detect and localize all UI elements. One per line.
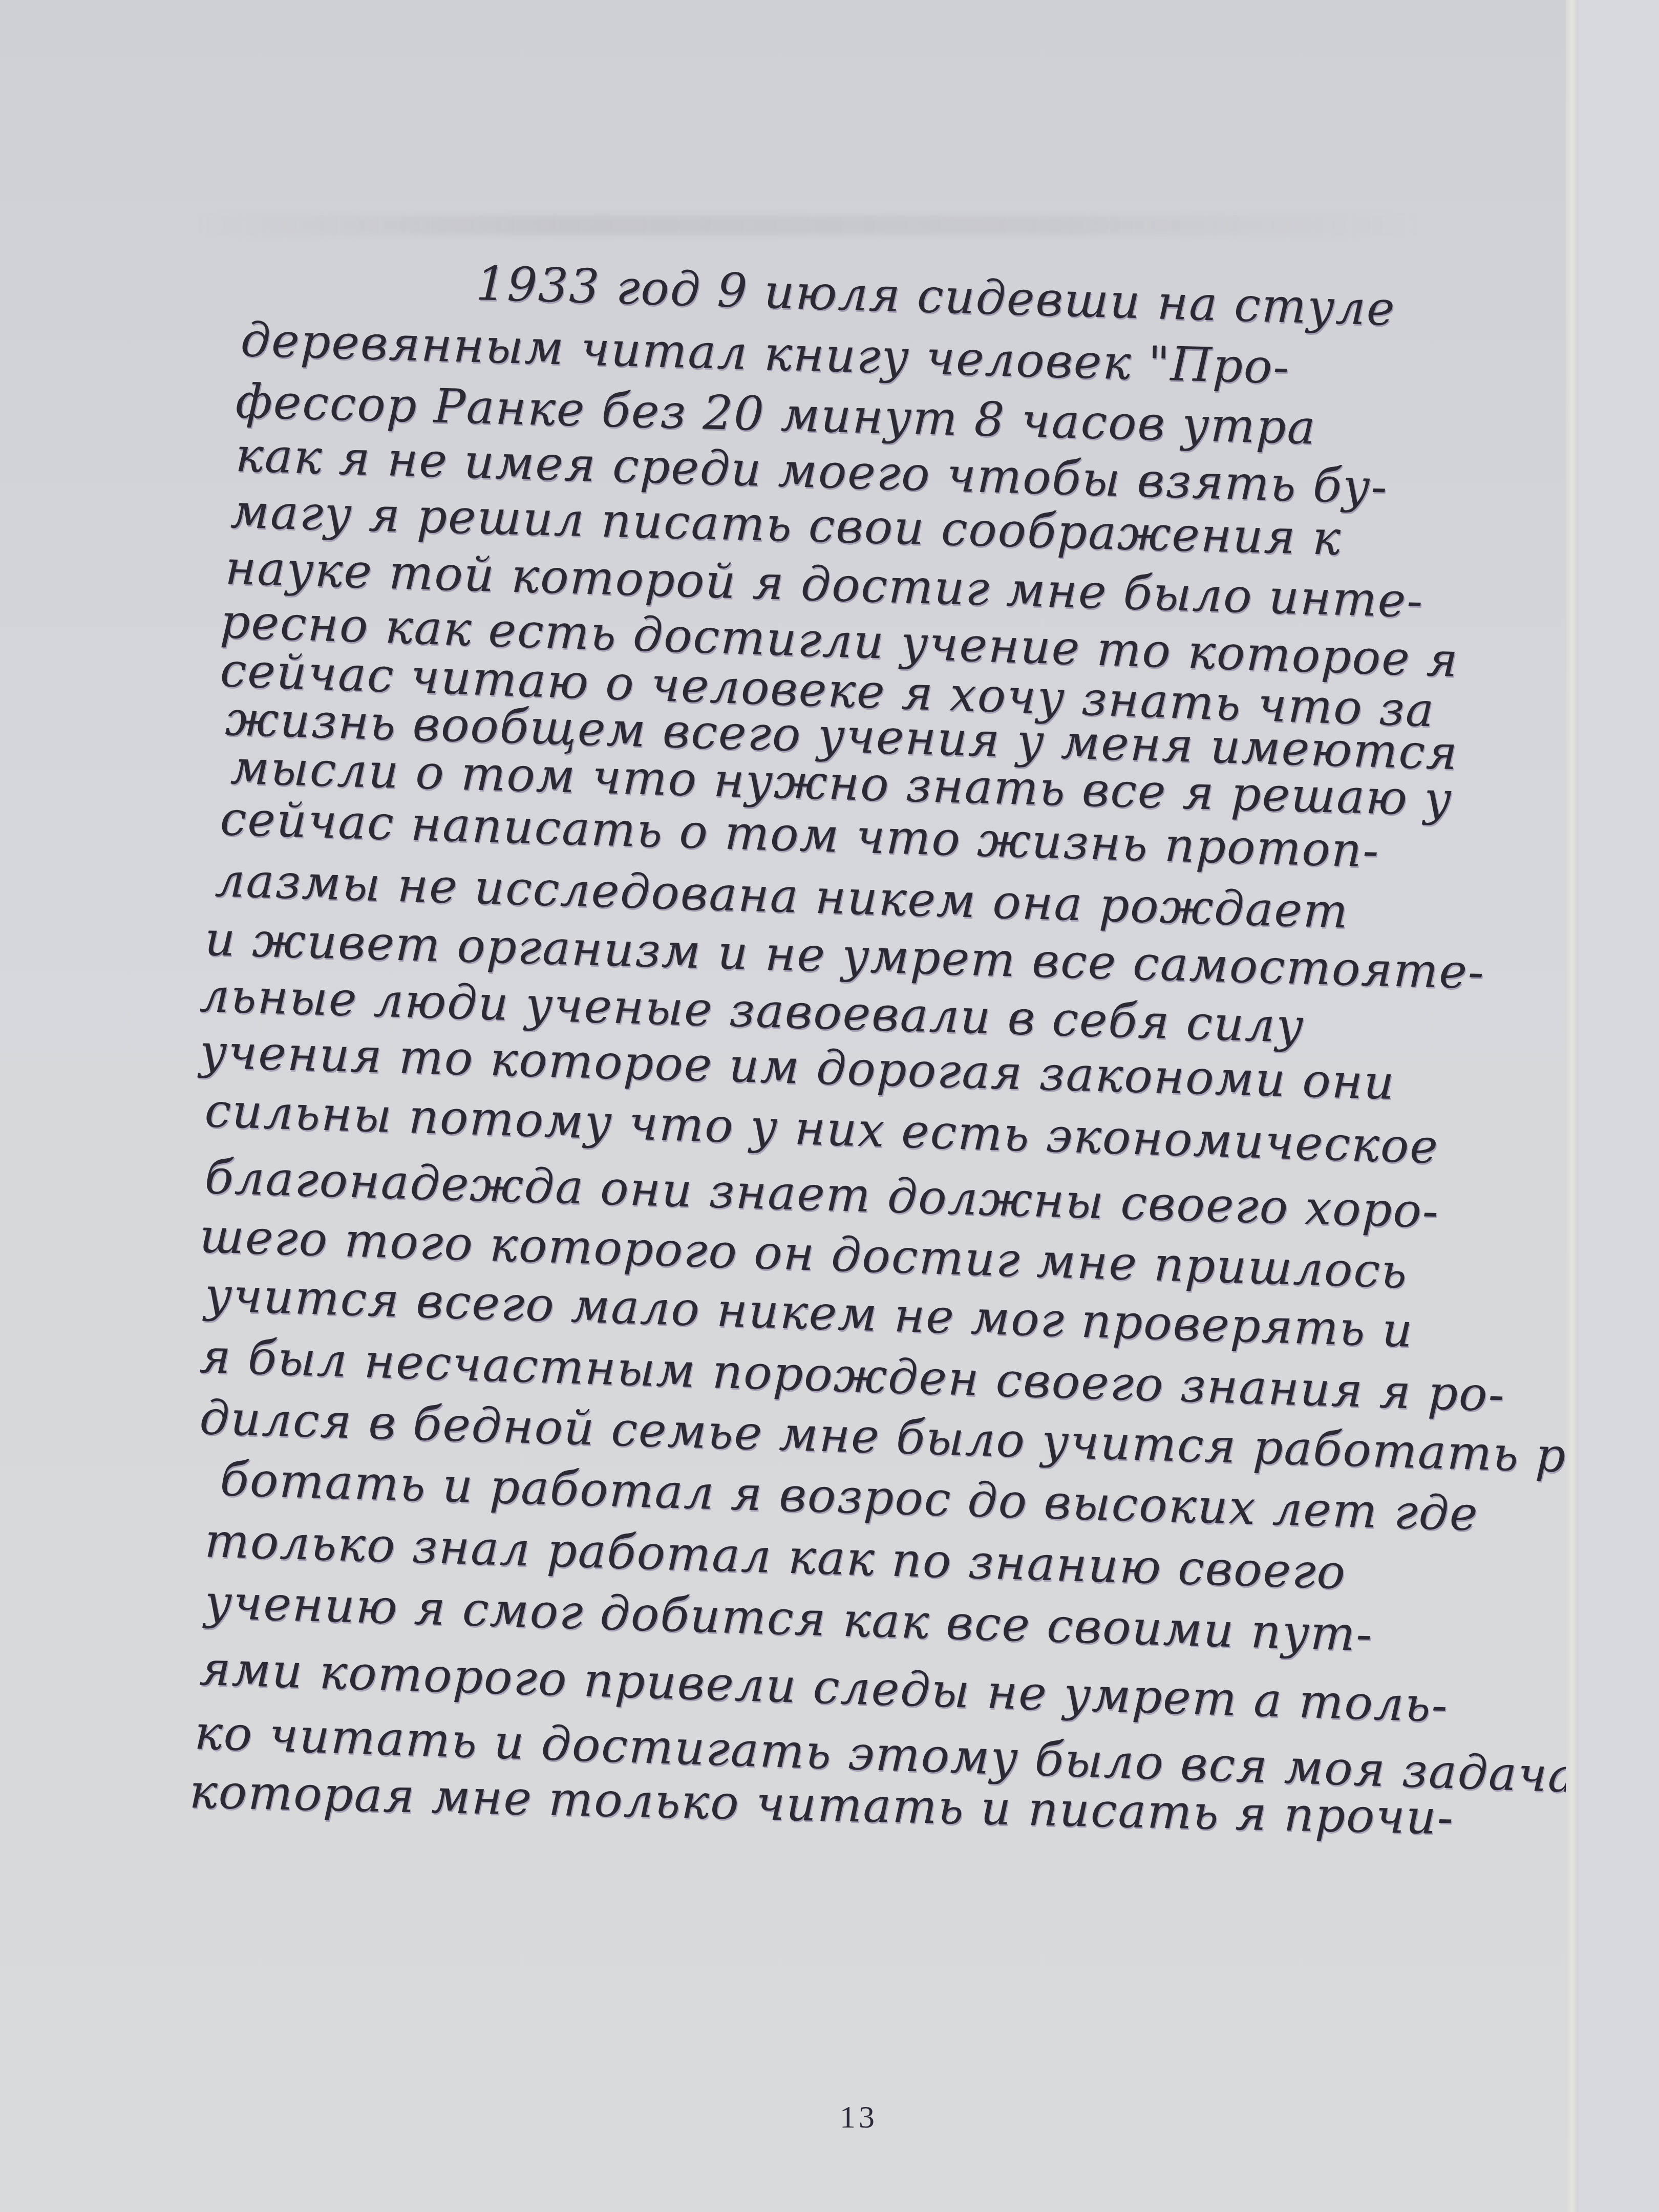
notebook-page: 1933 год 9 июля сидевши на стуле деревян… — [0, 0, 1567, 2212]
handwritten-text-block: 1933 год 9 июля сидевши на стуле деревян… — [0, 0, 1567, 2212]
adjacent-page-edge — [1578, 0, 1659, 2212]
page-fold-edge — [1566, 0, 1578, 2212]
page-number: 13 — [840, 2099, 878, 2136]
